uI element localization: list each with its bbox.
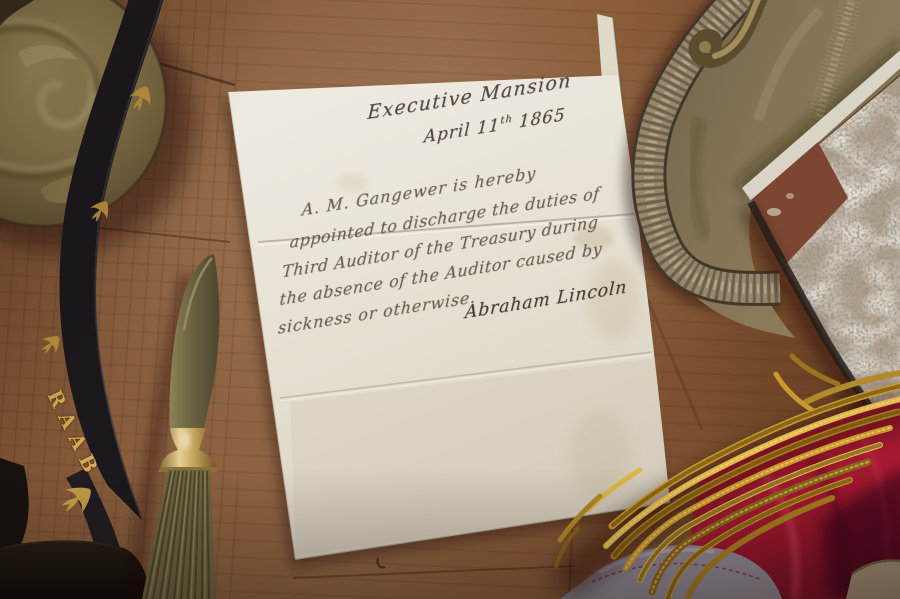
photo-scene: Executive Mansion April 11th 1865 A. M. … [0,0,900,599]
eagle-icon [36,330,65,359]
letter-opener [133,254,219,599]
letter-opener-blade [170,254,220,428]
scene-artwork [0,0,900,599]
